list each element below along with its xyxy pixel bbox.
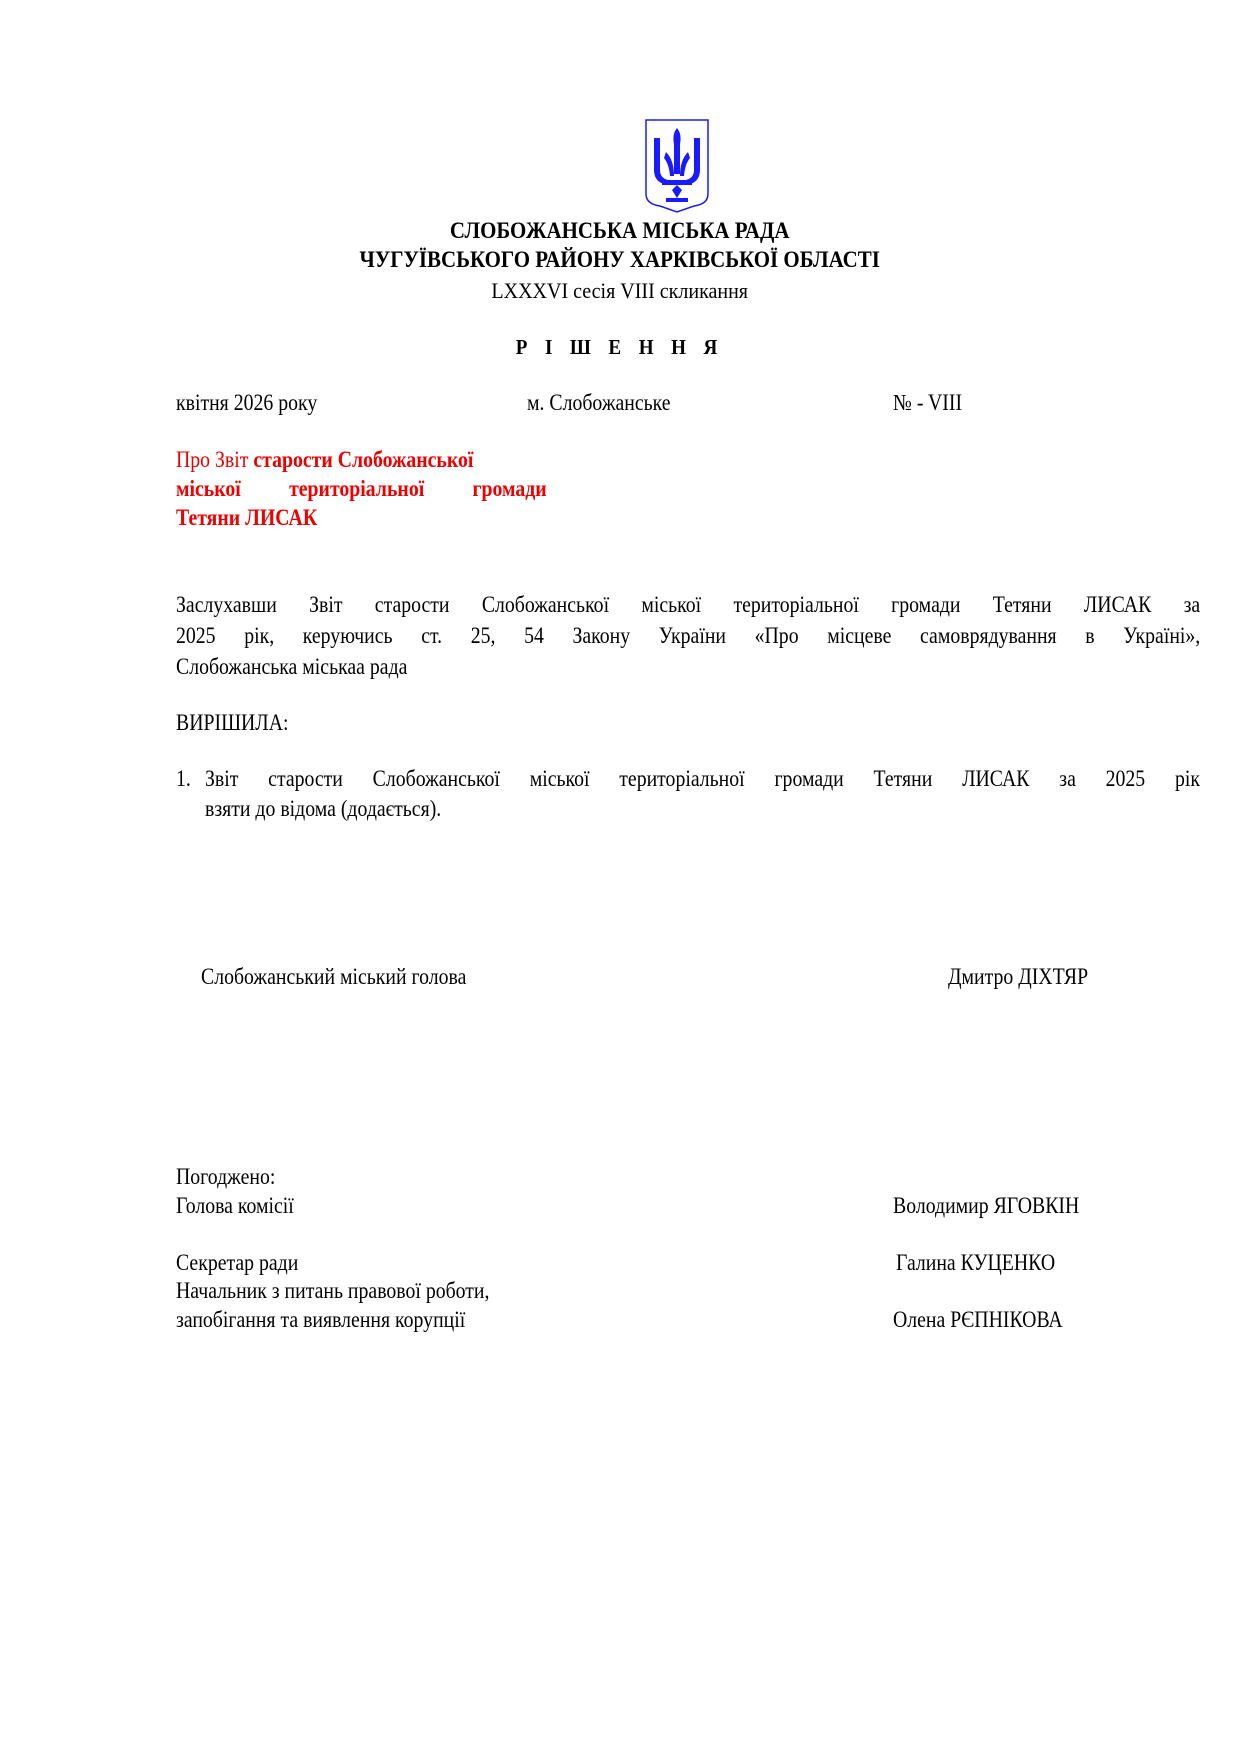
word: 2025: [1106, 766, 1146, 792]
word: Тетяни: [993, 592, 1052, 618]
subject-line-1: Про Звіт старости Слобожанської: [176, 447, 473, 473]
approval-name-3: Олена РЄПНІКОВА: [893, 1307, 1063, 1333]
decided-label: ВИРІШИЛА:: [176, 710, 288, 736]
word: України: [659, 623, 726, 649]
word: ЛИСАК: [1084, 592, 1151, 618]
approval-position-1: Голова комісії: [176, 1193, 294, 1219]
subject-line-2: міськоїтериторіальноїгромади: [176, 476, 547, 502]
council-district: ЧУГУЇВСЬКОГО РАЙОНУ ХАРКІВСЬКОЇ ОБЛАСТІ: [0, 247, 1239, 273]
word: Слобожанської: [373, 766, 500, 792]
word: 25,: [471, 623, 496, 649]
word: місцеве: [827, 623, 891, 649]
word: в: [1085, 623, 1094, 649]
word: Звіт: [309, 592, 342, 618]
preamble-line-3: Слобожанська міськаа рада: [176, 654, 407, 680]
word: міської: [176, 476, 241, 502]
word: громади: [891, 592, 960, 618]
decision-date: квітня 2026 року: [176, 390, 317, 416]
word: рік: [1175, 766, 1200, 792]
word: «Про: [755, 623, 799, 649]
document-type-title: Р І Ш Е Н Н Я: [0, 335, 1239, 360]
decision-number: № - VIII: [893, 390, 962, 416]
word: за: [1184, 592, 1201, 618]
subject-bold: старости Слобожанської: [253, 447, 473, 472]
word: Тетяни: [874, 766, 933, 792]
item-number: 1.: [176, 766, 191, 792]
subject-line-3: Тетяни ЛИСАК: [176, 505, 317, 531]
approval-position-3b: запобігання та виявлення корупції: [176, 1307, 465, 1333]
approval-name-1: Володимир ЯГОВКІН: [893, 1193, 1079, 1219]
word: громади: [473, 476, 547, 502]
approval-position-3a: Начальник з питань правової роботи,: [176, 1278, 489, 1304]
approvals-label: Погоджено:: [176, 1164, 275, 1190]
word: 2025: [176, 623, 216, 649]
word: самоврядування: [920, 623, 1057, 649]
ukraine-coat-of-arms-icon: [644, 118, 710, 214]
word: міської: [641, 592, 701, 618]
word: старости: [375, 592, 450, 618]
approval-position-2: Секретар ради: [176, 1250, 298, 1276]
word: Заслухавши: [176, 592, 277, 618]
word: 54: [524, 623, 544, 649]
council-name: СЛОБОЖАНСЬКА МІСЬКА РАДА: [0, 218, 1239, 244]
word: рік,: [244, 623, 274, 649]
preamble-paragraph: ЗаслухавшиЗвітстаростиСлобожанськоїміськ…: [176, 592, 1240, 618]
word: Слобожанської: [482, 592, 609, 618]
word: ст.: [421, 623, 442, 649]
word: Закону: [572, 623, 630, 649]
word: територіальної: [733, 592, 858, 618]
session-info: LXXXVI сесія VIII скликання: [0, 278, 1239, 304]
word: ЛИСАК: [962, 766, 1029, 792]
item-line-2: взяти до відома (додається).: [205, 796, 441, 822]
approval-name-2: Галина КУЦЕНКО: [896, 1250, 1055, 1276]
preamble-line-2: 2025рік,керуючисьст.25,54ЗаконуУкраїни«П…: [176, 623, 1240, 649]
word: громади: [774, 766, 843, 792]
word: територіальної: [289, 476, 424, 502]
word: міської: [530, 766, 590, 792]
decision-place: м. Слобожанське: [527, 390, 671, 416]
word: територіальної: [619, 766, 744, 792]
word: Звіт: [205, 766, 238, 792]
word: керуючись: [303, 623, 393, 649]
subject-prefix: Про Звіт: [176, 447, 253, 472]
signature-position: Слобожанський міський голова: [201, 964, 466, 990]
word: старости: [268, 766, 343, 792]
item-line-1: ЗвітстаростиСлобожанськоїміськоїтериторі…: [205, 766, 1240, 792]
word: Україні»,: [1123, 623, 1200, 649]
word: за: [1059, 766, 1076, 792]
signature-name: Дмитро ДІХТЯР: [948, 964, 1088, 990]
